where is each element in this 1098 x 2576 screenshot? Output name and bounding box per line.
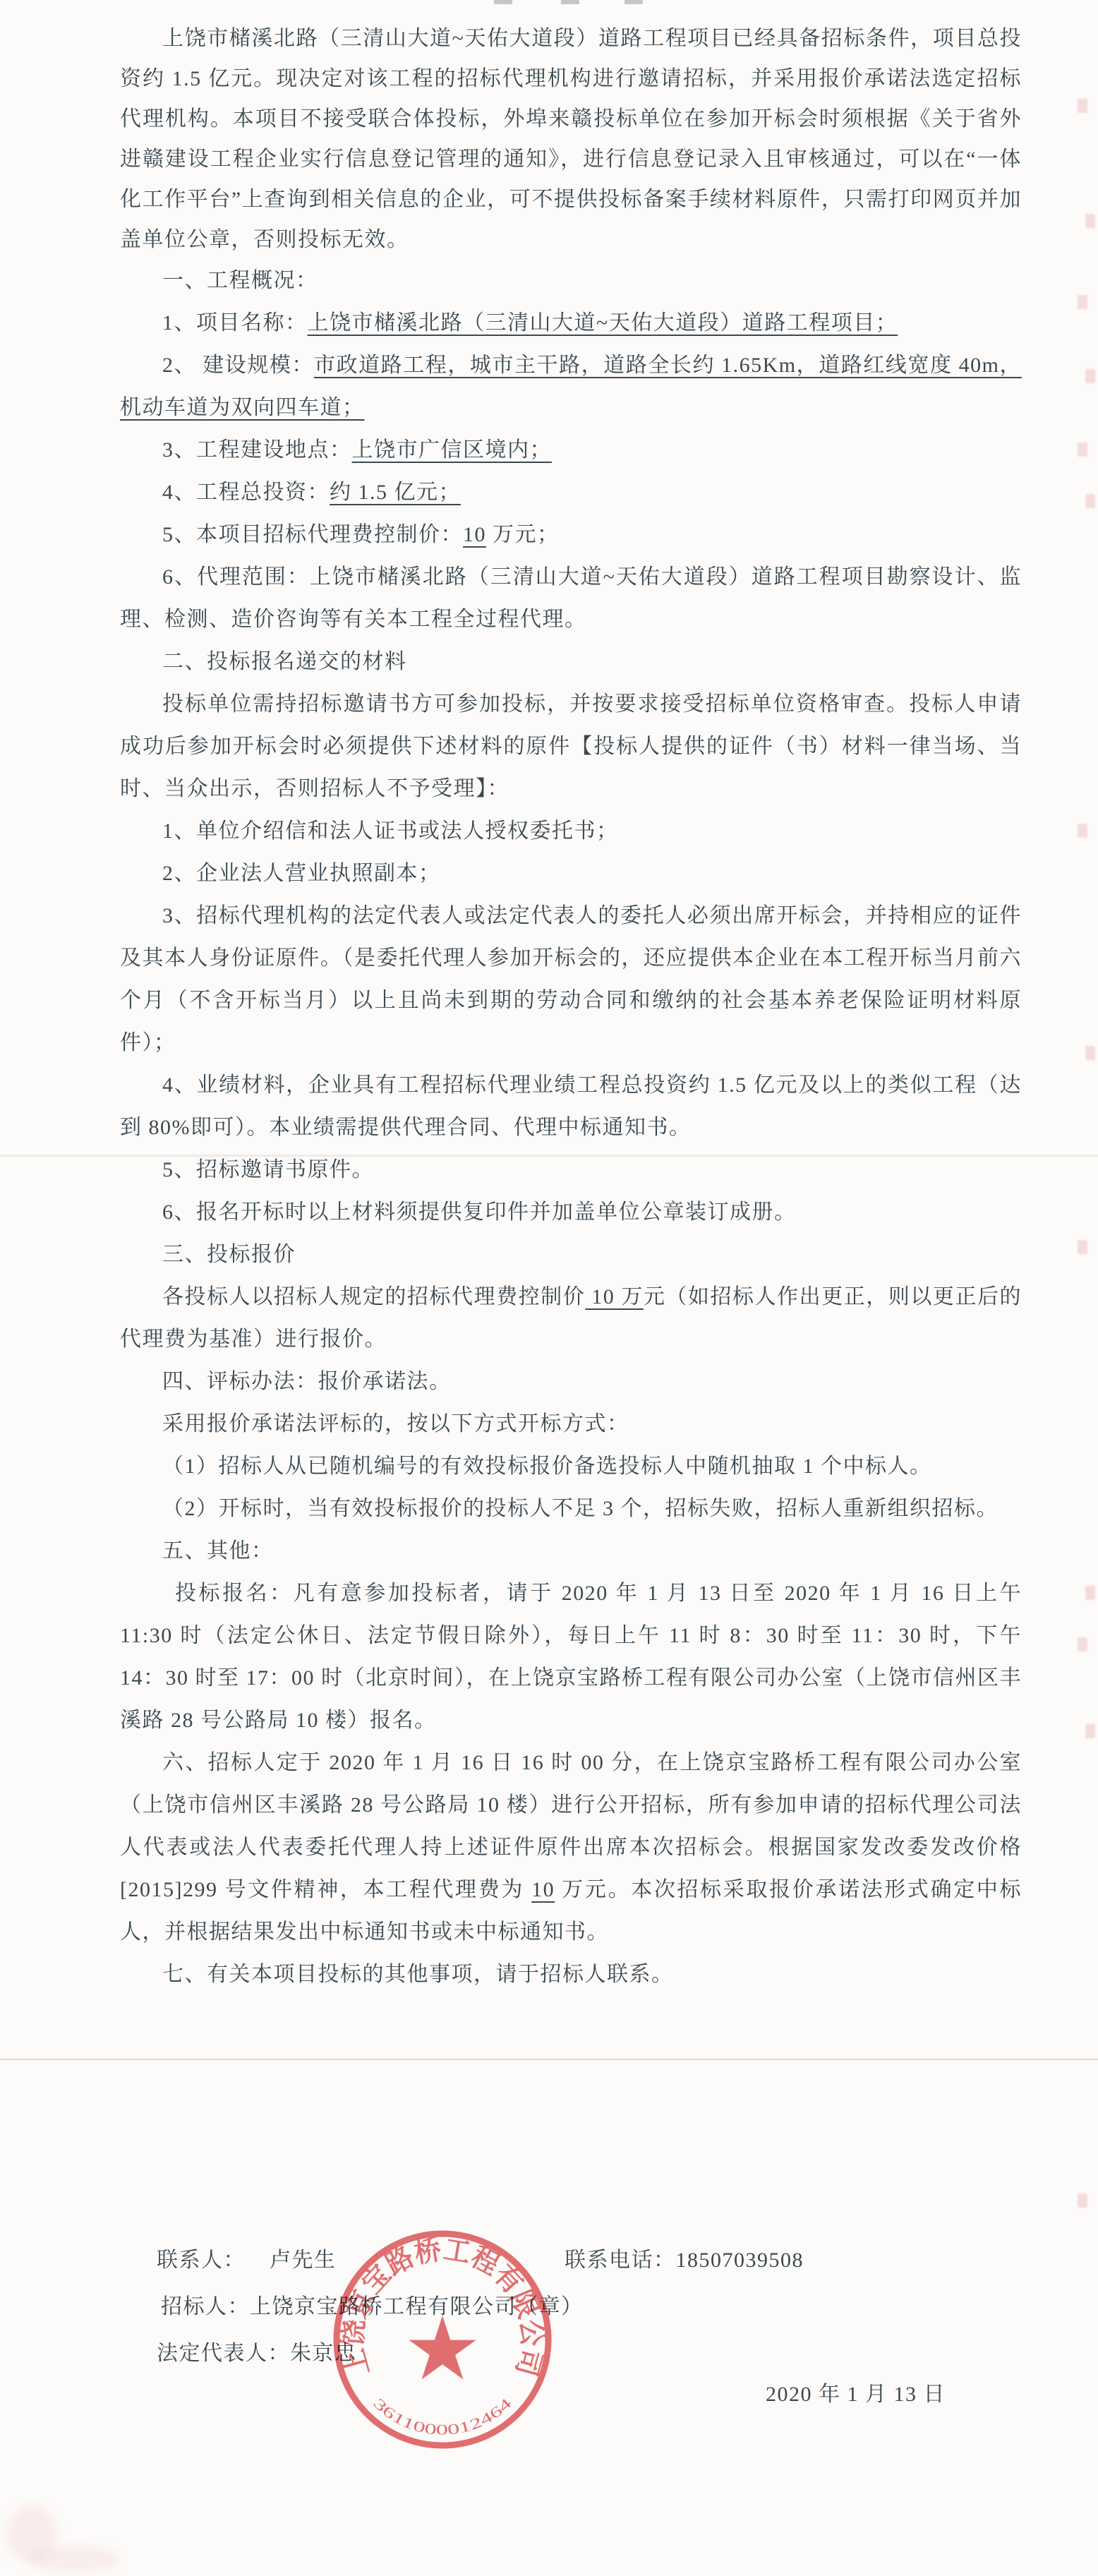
bleed-through-mark [1085,1724,1095,1738]
text-run: 2、 建设规模： [162,354,314,377]
bleed-through-mark [1078,443,1087,457]
text-run: 投标单位需持招标邀请书方可参加投标，并按要求接受招标单位资格审查。投标人申请成功… [120,692,1022,800]
section-5-body: 投标报名：凡有意参加投标者，请于 2020 年 1 月 13 日至 2020 年… [120,1572,1022,1742]
text-run: 二、投标报名递交的材料 [162,650,407,673]
legal-representative-label: 法定代表人： [157,2342,290,2365]
material-item-2: 2、企业法人营业执照副本； [120,853,1022,895]
text-run: 1、项目名称： [162,311,308,335]
section-7-body: 七、有关本项目投标的其他事项，请于招标人联系。 [120,1954,1022,1996]
material-item-3: 3、招标代理机构的法定代表人或法定代表人的委托人必须出席开标会，并持相应的证件及… [120,895,1022,1064]
company-seal: 上饶京宝路桥工程有限公司 3611000012464 [322,2220,562,2460]
scanned-tender-document: 上饶市槠溪北路（三清山大道~天佑大道段）道路工程项目已经具备招标条件，项目总投资… [0,0,1098,2576]
text-run: 万元； [486,523,560,546]
text-run: 三、投标报价 [162,1243,296,1266]
open-bid-rule-2: （2）开标时，当有效投标报价的投标人不足 3 个，招标失败，招标人重新组织招标。 [120,1488,1022,1530]
material-item-1: 1、单位介绍信和法人证书或法人授权委托书； [120,810,1022,853]
text-run: 上饶市槠溪北路（三清山大道~天佑大道段）道路工程项目已经具备招标条件，项目总投资… [120,27,1022,251]
bleed-through-mark [1085,1046,1095,1060]
section-4-intro: 采用报价承诺法评标的，按以下方式开标方式： [120,1403,1022,1445]
cropped-text-fragment [561,0,579,4]
text-run: 七、有关本项目投标的其他事项，请于招标人联系。 [162,1963,674,1986]
item-total-investment: 4、工程总投资：约 1.5 亿元； [120,471,1022,514]
section-2-heading: 二、投标报名递交的材料 [120,641,1022,683]
contact-phone-label: 联系电话： [565,2249,676,2272]
section-6-body: 六、招标人定于 2020 年 1 月 16 日 16 时 00 分，在上饶京宝路… [120,1742,1022,1954]
text-run: 各投标人以招标人规定的招标代理费控制价 [162,1285,585,1308]
item-project-name: 1、项目名称：上饶市槠溪北路（三清山大道~天佑大道段）道路工程项目； [120,302,1022,344]
section-2-intro: 投标单位需持招标邀请书方可参加投标，并按要求接受招标单位资格审查。投标人申请成功… [120,683,1022,810]
item-agency-scope: 6、代理范围：上饶市槠溪北路（三清山大道~天佑大道段）道路工程项目勘察设计、监理… [120,556,1022,641]
text-run: 采用报价承诺法评标的，按以下方式开标方式： [162,1412,629,1436]
underlined-value: 上饶市广信区境内； [352,438,553,462]
contact-person-label: 联系人： [157,2249,246,2272]
text-run: 4、工程总投资： [162,481,330,504]
text-run: 1、单位介绍信和法人证书或法人授权委托书； [162,819,619,843]
tenderer-label: 招标人： [161,2295,250,2318]
bleed-through-mark [1078,1240,1087,1254]
material-item-4: 4、业绩材料，企业具有工程招标代理业绩工程总投资约 1.5 亿元及以上的类似工程… [120,1064,1022,1149]
text-run: 5、本项目招标代理费控制价： [162,523,463,546]
page-break-shadow [0,1155,1098,1157]
section-1-heading: 一、工程概况： [120,260,1022,302]
text-run: 投标报名：凡有意参加投标者，请于 2020 年 1 月 13 日至 2020 年… [120,1582,1022,1732]
contact-person-line: 联系人：卢先生 [157,2246,337,2275]
contact-phone-line: 联系电话：18507039508 [565,2246,804,2275]
section-3-heading: 三、投标报价 [120,1234,1022,1276]
ink-smudge [28,2546,120,2572]
contact-phone-value: 18507039508 [676,2249,804,2272]
underlined-value: 10 万 [585,1285,644,1308]
text-run: 4、业绩材料，企业具有工程招标代理业绩工程总投资约 1.5 亿元及以上的类似工程… [120,1073,1022,1139]
material-item-6: 6、报名开标时以上材料须提供复印件并加盖单位公章装订成册。 [120,1191,1022,1234]
item-agency-fee-cap: 5、本项目招标代理费控制价：10 万元； [120,514,1022,556]
text-run: 五、其他： [162,1539,274,1563]
text-run: 3、工程建设地点： [162,438,352,462]
section-3-body: 各投标人以招标人规定的招标代理费控制价 10 万元（如招标人作出更正，则以更正后… [120,1276,1022,1361]
text-run: （2）开标时，当有效投标报价的投标人不足 3 个，招标失败，招标人重新组织招标。 [162,1497,999,1520]
bleed-through-mark [1078,99,1087,113]
intro-paragraph: 上饶市槠溪北路（三清山大道~天佑大道段）道路工程项目已经具备招标条件，项目总投资… [120,18,1022,260]
item-location: 3、工程建设地点：上饶市广信区境内； [120,429,1022,471]
underlined-value: 约 1.5 亿元； [330,481,461,504]
text-run: 5、招标邀请书原件。 [162,1158,374,1181]
bleed-through-mark [1085,214,1095,228]
open-bid-rule-1: （1）招标人从已随机编号的有效投标报价备选投标人中随机抽取 1 个中标人。 [120,1445,1022,1488]
section-5-heading: 五、其他： [120,1530,1022,1572]
bleed-through-mark [1085,1586,1095,1600]
text-run: 6、代理范围：上饶市槠溪北路（三清山大道~天佑大道段）道路工程项目勘察设计、监理… [120,565,1022,631]
text-run: 一、工程概况： [162,269,318,292]
bleed-through-mark [1085,494,1095,508]
text-run: 3、招标代理机构的法定代表人或法定代表人的委托人必须出席开标会，并持相应的证件及… [120,904,1022,1054]
seal-star-icon [409,2316,476,2380]
document-body: 上饶市槠溪北路（三清山大道~天佑大道段）道路工程项目已经具备招标条件，项目总投资… [120,18,1022,1996]
bleed-through-mark [1078,824,1087,838]
cropped-text-fragment [494,0,512,4]
underlined-value: 10 [463,523,486,546]
underlined-value: 上饶市槠溪北路（三清山大道~天佑大道段）道路工程项目； [308,311,898,335]
text-run: （1）招标人从已随机编号的有效投标报价备选投标人中随机抽取 1 个中标人。 [162,1455,932,1478]
text-run: 四、评标办法：报价承诺法。 [162,1370,452,1393]
item-construction-scale: 2、 建设规模：市政道路工程，城市主干路，道路全长约 1.65Km，道路红线宽度… [120,344,1022,429]
document-date: 2020 年 1 月 13 日 [766,2380,946,2409]
cropped-text-fragment [625,0,643,4]
underlined-value: 10 [531,1878,555,1901]
text-run: 6、报名开标时以上材料须提供复印件并加盖单位公章装订成册。 [162,1200,797,1224]
bleed-through-mark [1078,2193,1087,2208]
bleed-through-mark [1078,295,1087,309]
section-4-heading: 四、评标办法：报价承诺法。 [120,1361,1022,1403]
text-run: 2、企业法人营业执照副本； [162,862,441,885]
bleed-through-mark [1085,369,1095,383]
bleed-through-mark [1078,1637,1087,1651]
pink-scanline [0,2059,1098,2060]
